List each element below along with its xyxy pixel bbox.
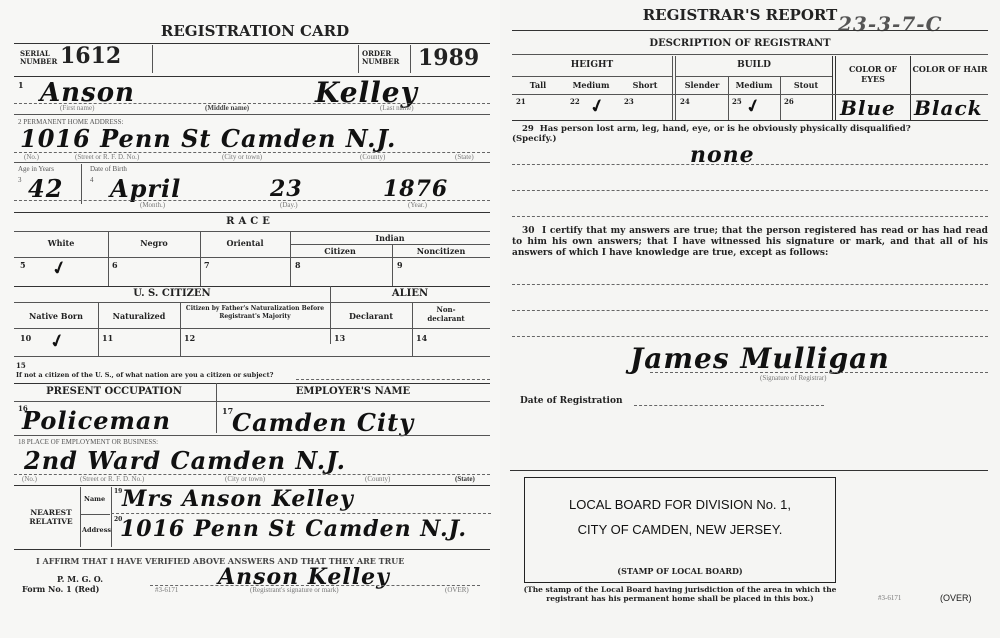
- disqualified-question: 29 Has person lost arm, leg, hand, eye, …: [522, 124, 911, 134]
- field-number: 7: [204, 260, 210, 270]
- address-sublabel: (No.): [24, 153, 39, 161]
- stamp-number: 23-3-7-C: [838, 12, 942, 36]
- field-number: 9: [397, 260, 403, 270]
- hair-color-value: Black: [914, 96, 983, 120]
- height-col-short: Short: [618, 80, 672, 90]
- occupation-value: Policeman: [22, 406, 171, 435]
- field-number: 13: [334, 333, 345, 343]
- field-number: 25: [732, 97, 742, 106]
- first-name-label: (First name): [60, 104, 94, 112]
- signature-label: (Registrant's signature or mark): [250, 586, 339, 594]
- dob-year: 1876: [383, 176, 448, 202]
- registrar-signature-label: (Signature of Registrar): [760, 374, 826, 382]
- field-number: 22: [570, 97, 580, 106]
- stamp-caption: (STAMP OF LOCAL BOARD): [524, 566, 836, 576]
- specify-label: (Specify.): [512, 134, 557, 144]
- race-col-indian: Indian: [290, 233, 490, 243]
- over-label: (OVER): [940, 593, 972, 603]
- report-title: REGISTRAR'S REPORT: [620, 6, 860, 24]
- age-label: Age in Years: [18, 165, 54, 173]
- address-sublabel: (City or town): [222, 153, 262, 161]
- race-col-indian-noncitizen: Noncitizen: [392, 246, 490, 256]
- address-sublabel: (Street or R. F. D. No.): [75, 153, 139, 161]
- height-col-tall: Tall: [512, 80, 564, 90]
- employment-sublabel: (City or town): [225, 475, 265, 483]
- hair-heading: COLOR OF HAIR: [912, 64, 988, 74]
- field-number: 14: [416, 333, 427, 343]
- field-number: 15: [16, 361, 26, 370]
- address-sublabel: (State): [455, 153, 474, 161]
- us-citizen-heading: U. S. CITIZEN: [14, 288, 330, 299]
- eye-color-value: Blue: [840, 96, 896, 120]
- col-citizen-by-father: Citizen by Father's Naturalization Befor…: [180, 305, 330, 321]
- field-number: 4: [90, 176, 94, 184]
- card-title: REGISTRATION CARD: [150, 22, 360, 40]
- checkmark-icon: ✓: [50, 256, 70, 280]
- employment-sublabel: (County): [365, 475, 390, 483]
- order-number-label: ORDER NUMBER: [362, 50, 410, 66]
- relative-address-label: Address: [82, 526, 111, 534]
- home-address: 1016 Penn St Camden N.J.: [20, 124, 396, 153]
- height-col-medium: Medium: [564, 80, 618, 90]
- relative-address-value: 1016 Penn St Camden N.J.: [120, 516, 467, 542]
- employer-value: Camden City: [232, 408, 414, 437]
- field-number: 23: [624, 97, 634, 106]
- place-of-employment-label: 18 PLACE OF EMPLOYMENT OR BUSINESS:: [18, 438, 158, 446]
- field-number: 5: [20, 260, 26, 270]
- last-name-label: (Last name): [380, 104, 414, 112]
- serial-number-label: SERIAL NUMBER: [20, 50, 50, 66]
- dob-label: Date of Birth: [90, 165, 127, 173]
- field-number: 6: [112, 260, 118, 270]
- place-of-employment-value: 2nd Ward Camden N.J.: [24, 446, 346, 475]
- build-col-stout: Stout: [780, 80, 832, 90]
- col-native-born: Native Born: [14, 311, 98, 321]
- build-col-slender: Slender: [676, 80, 728, 90]
- form-code: #3-6171: [155, 586, 178, 594]
- day-label: (Day.): [280, 201, 298, 209]
- field-number: 24: [680, 97, 690, 106]
- form-id-line2: Form No. 1 (Red): [22, 584, 99, 594]
- field-number: 3: [18, 176, 22, 184]
- stamp-line-2: CITY OF CAMDEN, NEW JERSEY.: [524, 522, 836, 537]
- employment-sublabel: (Street or R. F. D. No.): [80, 475, 144, 483]
- checkmark-icon: ✓: [48, 329, 68, 353]
- stamp-note: (The stamp of the Local Board having jur…: [515, 585, 845, 603]
- field-number: 21: [516, 97, 526, 106]
- field-number: 26: [784, 97, 794, 106]
- race-col-indian-citizen: Citizen: [290, 246, 390, 256]
- over-label: (OVER): [445, 586, 469, 594]
- employment-sublabel: (No.): [22, 475, 37, 483]
- field-number: 10: [20, 333, 31, 343]
- race-col-negro: Negro: [108, 238, 200, 248]
- middle-name-label: (Middle name): [205, 104, 249, 112]
- form-code: #3-6171: [878, 594, 901, 602]
- age-value: 42: [28, 174, 63, 203]
- certify-statement: 30 I certify that my answers are true; t…: [512, 226, 988, 259]
- relative-name-value: Mrs Anson Kelley: [122, 486, 354, 512]
- date-of-registration-label: Date of Registration: [520, 396, 623, 406]
- description-heading: DESCRIPTION OF REGISTRANT: [600, 38, 880, 49]
- year-label: (Year.): [408, 201, 427, 209]
- alien-heading: ALIEN: [330, 288, 490, 299]
- race-col-white: White: [14, 238, 108, 248]
- registrar-signature: James Mulligan: [630, 342, 890, 375]
- race-col-oriental: Oriental: [200, 238, 290, 248]
- dob-month: April: [110, 174, 181, 203]
- address-sublabel: (County): [360, 153, 385, 161]
- eyes-heading: COLOR OF EYES: [836, 64, 910, 84]
- field-number: 12: [184, 333, 195, 343]
- occupation-heading: PRESENT OCCUPATION: [14, 386, 214, 397]
- build-heading: BUILD: [676, 60, 832, 70]
- height-heading: HEIGHT: [512, 60, 672, 70]
- field-number: 8: [295, 260, 301, 270]
- month-label: (Month.): [140, 201, 165, 209]
- serial-number: 1612: [60, 43, 121, 69]
- dob-day: 23: [270, 176, 303, 202]
- stamp-line-1: LOCAL BOARD FOR DIVISION No. 1,: [524, 497, 836, 512]
- col-naturalized: Naturalized: [98, 311, 180, 321]
- order-number: 1989: [418, 45, 479, 71]
- relative-name-label: Name: [84, 495, 105, 503]
- nearest-relative-label: NEAREST RELATIVE: [22, 508, 80, 526]
- nation-question: If not a citizen of the U. S., of what n…: [16, 371, 273, 379]
- form-id-line1: P. M. G. O.: [40, 574, 120, 584]
- race-heading: RACE: [200, 216, 300, 227]
- registration-card: REGISTRATION CARD SERIAL NUMBER 1612 ORD…: [0, 0, 500, 638]
- col-declarant: Declarant: [330, 311, 412, 321]
- employer-heading: EMPLOYER'S NAME: [216, 386, 490, 397]
- build-col-medium: Medium: [728, 80, 780, 90]
- field-number: 11: [102, 333, 113, 343]
- employment-sublabel: (State): [455, 475, 475, 483]
- field-number: 1: [18, 80, 24, 90]
- col-non-declarant: Non-declarant: [418, 305, 474, 323]
